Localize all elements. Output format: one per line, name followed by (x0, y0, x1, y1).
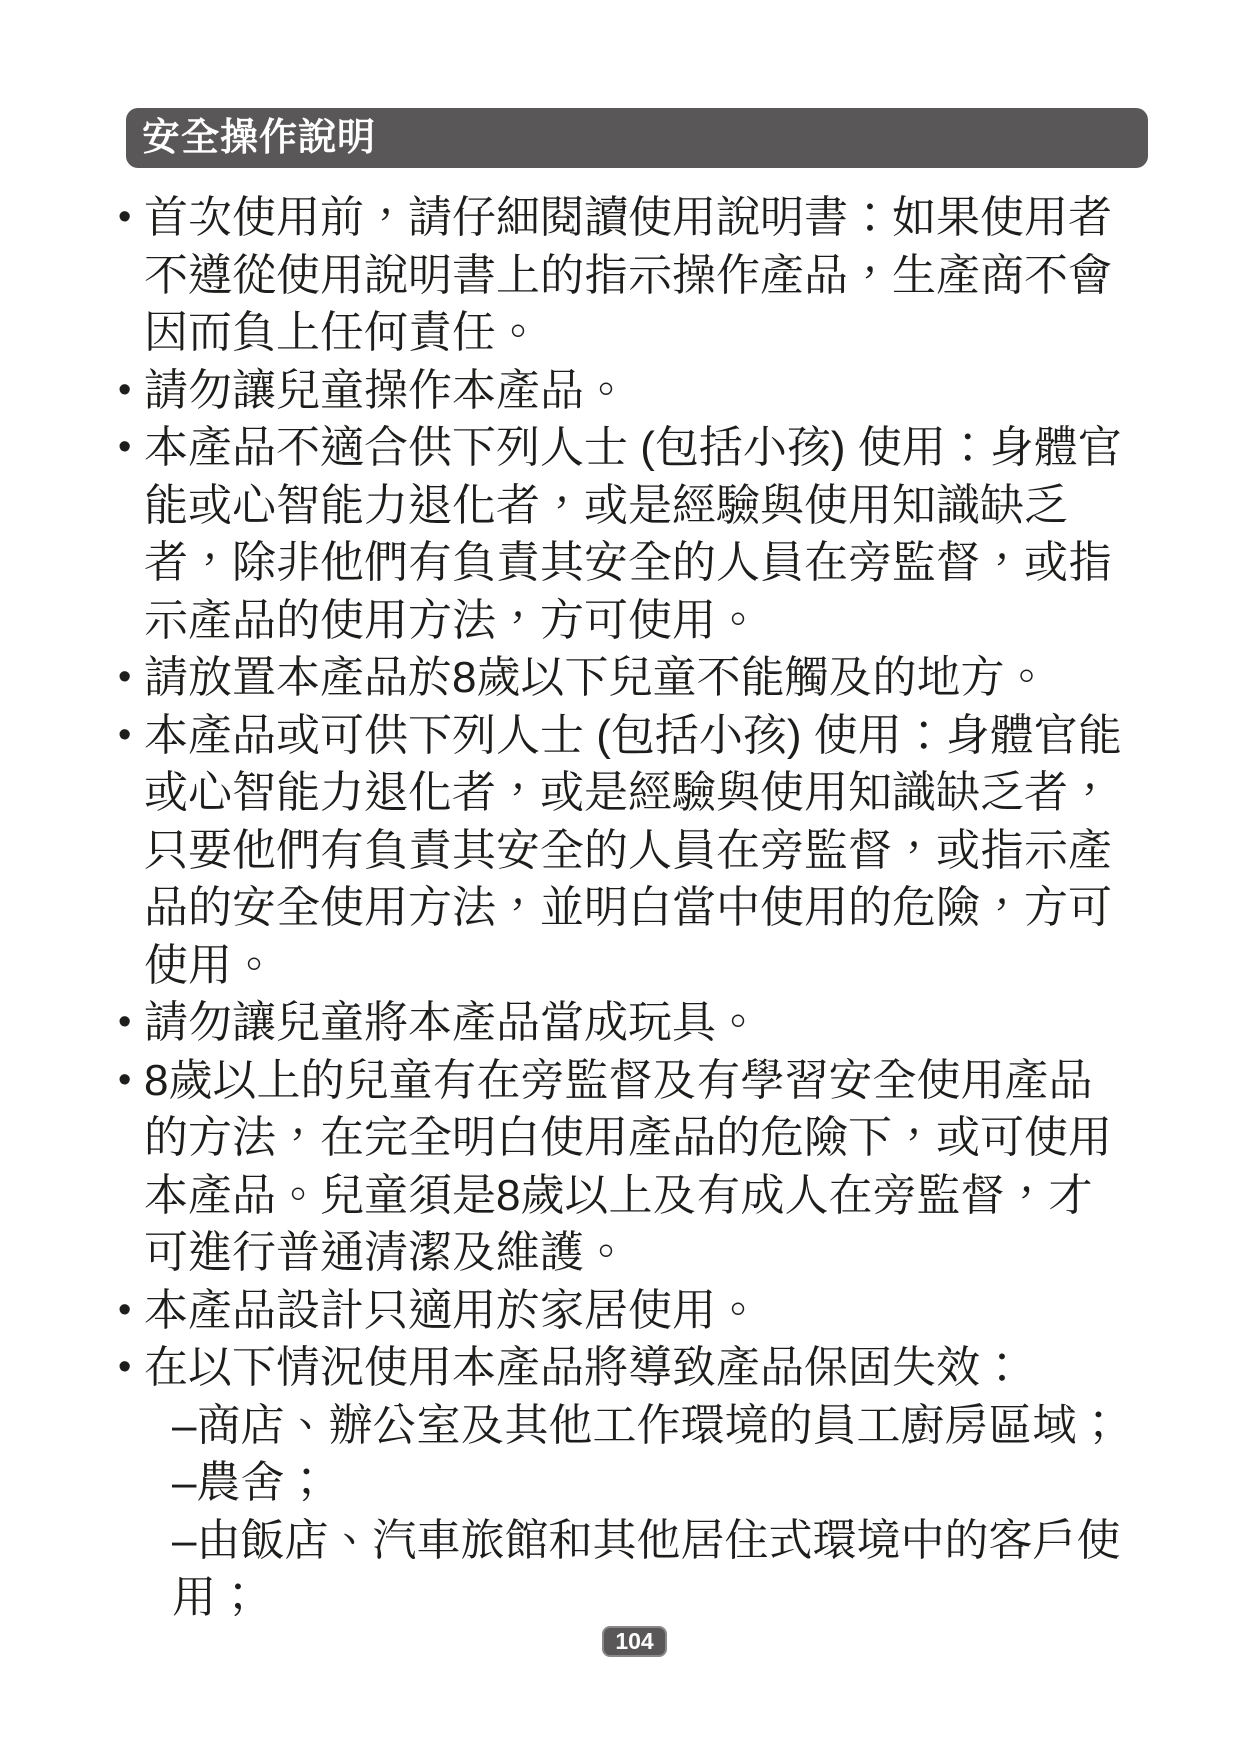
bullet-icon: • (118, 362, 144, 420)
list-subitem: –由飯店、汽車旅館和其他居住式環境中的客戶使用； (118, 1512, 1136, 1627)
list-item: • 8歲以上的兒童有在旁監督及有學習安全使用產品的方法，在完全明白使用產品的危險… (118, 1052, 1136, 1282)
list-item-text: 本產品不適合供下列人士 (包括小孩) 使用：身體官能或心智能力退化者，或是經驗與… (144, 419, 1136, 649)
list-item-text: 8歲以上的兒童有在旁監督及有學習安全使用產品的方法，在完全明白使用產品的危險下，… (144, 1052, 1136, 1282)
bullet-icon: • (118, 707, 144, 765)
bullet-icon: • (118, 189, 144, 247)
list-item-text: 本產品設計只適用於家居使用。 (144, 1282, 1136, 1340)
bullet-icon: • (118, 1339, 144, 1397)
list-item: • 首次使用前，請仔細閱讀使用說明書：如果使用者不遵從使用說明書上的指示操作產品… (118, 189, 1136, 362)
section-header: 安全操作說明 (126, 108, 1148, 168)
page-number: 104 (615, 1630, 653, 1653)
bullet-icon: • (118, 994, 144, 1052)
list-item: • 本產品或可供下列人士 (包括小孩) 使用：身體官能或心智能力退化者，或是經驗… (118, 707, 1136, 995)
list-item-text: 請勿讓兒童操作本產品。 (144, 362, 1136, 420)
list-item-text: 請放置本產品於8歲以下兒童不能觸及的地方。 (144, 649, 1136, 707)
list-item: • 請放置本產品於8歲以下兒童不能觸及的地方。 (118, 649, 1136, 707)
list-item-text: 本產品或可供下列人士 (包括小孩) 使用：身體官能或心智能力退化者，或是經驗與使… (144, 707, 1136, 995)
list-item-text: 在以下情況使用本產品將導致產品保固失效： (144, 1339, 1136, 1397)
bullet-icon: • (118, 1282, 144, 1340)
list-item-text: 首次使用前，請仔細閱讀使用說明書：如果使用者不遵從使用說明書上的指示操作產品，生… (144, 189, 1136, 362)
manual-page: 安全操作說明 • 首次使用前，請仔細閱讀使用說明書：如果使用者不遵從使用說明書上… (0, 0, 1241, 1754)
bullet-icon: • (118, 419, 144, 477)
section-title: 安全操作說明 (142, 119, 376, 157)
list-item-text: –商店、辦公室及其他工作環境的員工廚房區域； (172, 1397, 1136, 1455)
list-item-text: –由飯店、汽車旅館和其他居住式環境中的客戶使用； (172, 1512, 1136, 1627)
safety-instructions-list: • 首次使用前，請仔細閱讀使用說明書：如果使用者不遵從使用說明書上的指示操作產品… (118, 189, 1136, 1627)
list-item: • 本產品不適合供下列人士 (包括小孩) 使用：身體官能或心智能力退化者，或是經… (118, 419, 1136, 649)
bullet-icon: • (118, 1052, 144, 1110)
list-subitem: –農舍； (118, 1454, 1136, 1512)
list-item: • 在以下情況使用本產品將導致產品保固失效： (118, 1339, 1136, 1397)
list-item-text: –農舍； (172, 1454, 1136, 1512)
list-item: • 請勿讓兒童操作本產品。 (118, 362, 1136, 420)
bullet-icon: • (118, 649, 144, 707)
list-item-text: 請勿讓兒童將本產品當成玩具。 (144, 994, 1136, 1052)
list-item: • 本產品設計只適用於家居使用。 (118, 1282, 1136, 1340)
list-item: • 請勿讓兒童將本產品當成玩具。 (118, 994, 1136, 1052)
page-number-badge: 104 (602, 1626, 667, 1657)
list-subitem: –商店、辦公室及其他工作環境的員工廚房區域； (118, 1397, 1136, 1455)
